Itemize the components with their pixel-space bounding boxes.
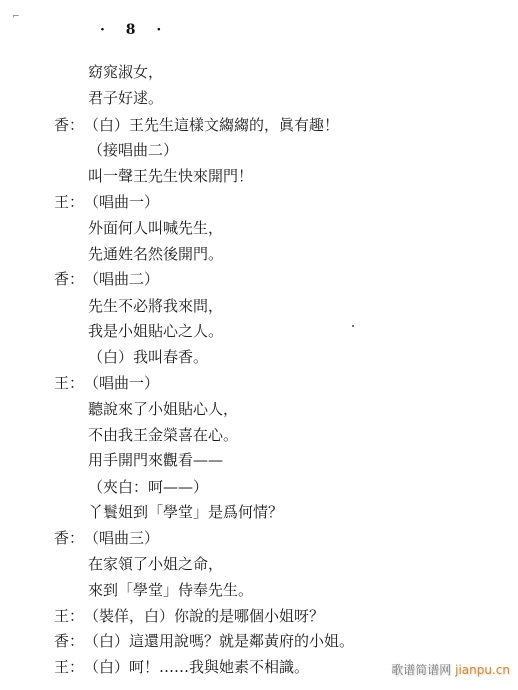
script-line: 先生不必將我來問， (88, 296, 223, 316)
script-line: 丫鬟姐到「學堂」是爲何情？ (88, 502, 283, 522)
script-line: （唱曲三） (84, 528, 159, 548)
script-line: 在家領了小姐之命， (88, 554, 223, 574)
script-line: （夾白：呵——） (88, 477, 208, 497)
speaker-label: 香： (54, 269, 84, 289)
script-line: （唱曲一） (84, 192, 159, 212)
speaker-label: 王： (54, 373, 84, 393)
script-line: 君子好逑。 (88, 88, 163, 108)
script-line: （唱曲一） (84, 373, 159, 393)
speaker-label: 王： (54, 192, 84, 212)
speaker-label: 香： (54, 528, 84, 548)
corner-mark: ⌐ (12, 12, 20, 22)
script-line: （裝佯，白）你說的是哪個小姐呀？ (84, 606, 324, 626)
script-line: 聽說來了小姐貼心人， (88, 399, 238, 419)
script-line: （白）我叫春香。 (88, 347, 208, 367)
script-line: （白）這還用說嗎？就是鄰黃府的小姐。 (84, 631, 354, 651)
script-line: 來到「學堂」侍奉先生。 (88, 580, 253, 600)
speaker-label: 香： (54, 115, 84, 135)
speaker-label: 香： (54, 631, 84, 651)
script-line: 窈窕淑女， (88, 62, 163, 82)
watermark: 歌谱简谱网 jianpu.cn (391, 661, 510, 678)
script-line: 我是小姐貼心之人。 (88, 321, 223, 341)
script-line: （白）呵！……我與她素不相識。 (84, 657, 309, 677)
watermark-url: jianpu.cn (455, 663, 510, 677)
script-line: 先通姓名然後開門。 (88, 244, 223, 264)
script-line: （唱曲二） (84, 269, 159, 289)
print-speck (352, 325, 354, 327)
script-line: （白）王先生這樣文縐縐的，眞有趣！ (84, 115, 339, 135)
script-line: （接唱曲二） (88, 140, 178, 160)
speaker-label: 王： (54, 606, 84, 626)
watermark-site-name: 歌谱简谱网 (391, 663, 451, 677)
script-line: 用手開門來觀看—— (88, 450, 223, 470)
script-line: 外面何人叫喊先生， (88, 218, 223, 238)
script-line: 叫一聲王先生快來開門！ (88, 166, 253, 186)
page-number: · 8 · (100, 22, 169, 38)
script-line: 不由我王金榮喜在心。 (88, 425, 238, 445)
speaker-label: 王： (54, 657, 84, 677)
